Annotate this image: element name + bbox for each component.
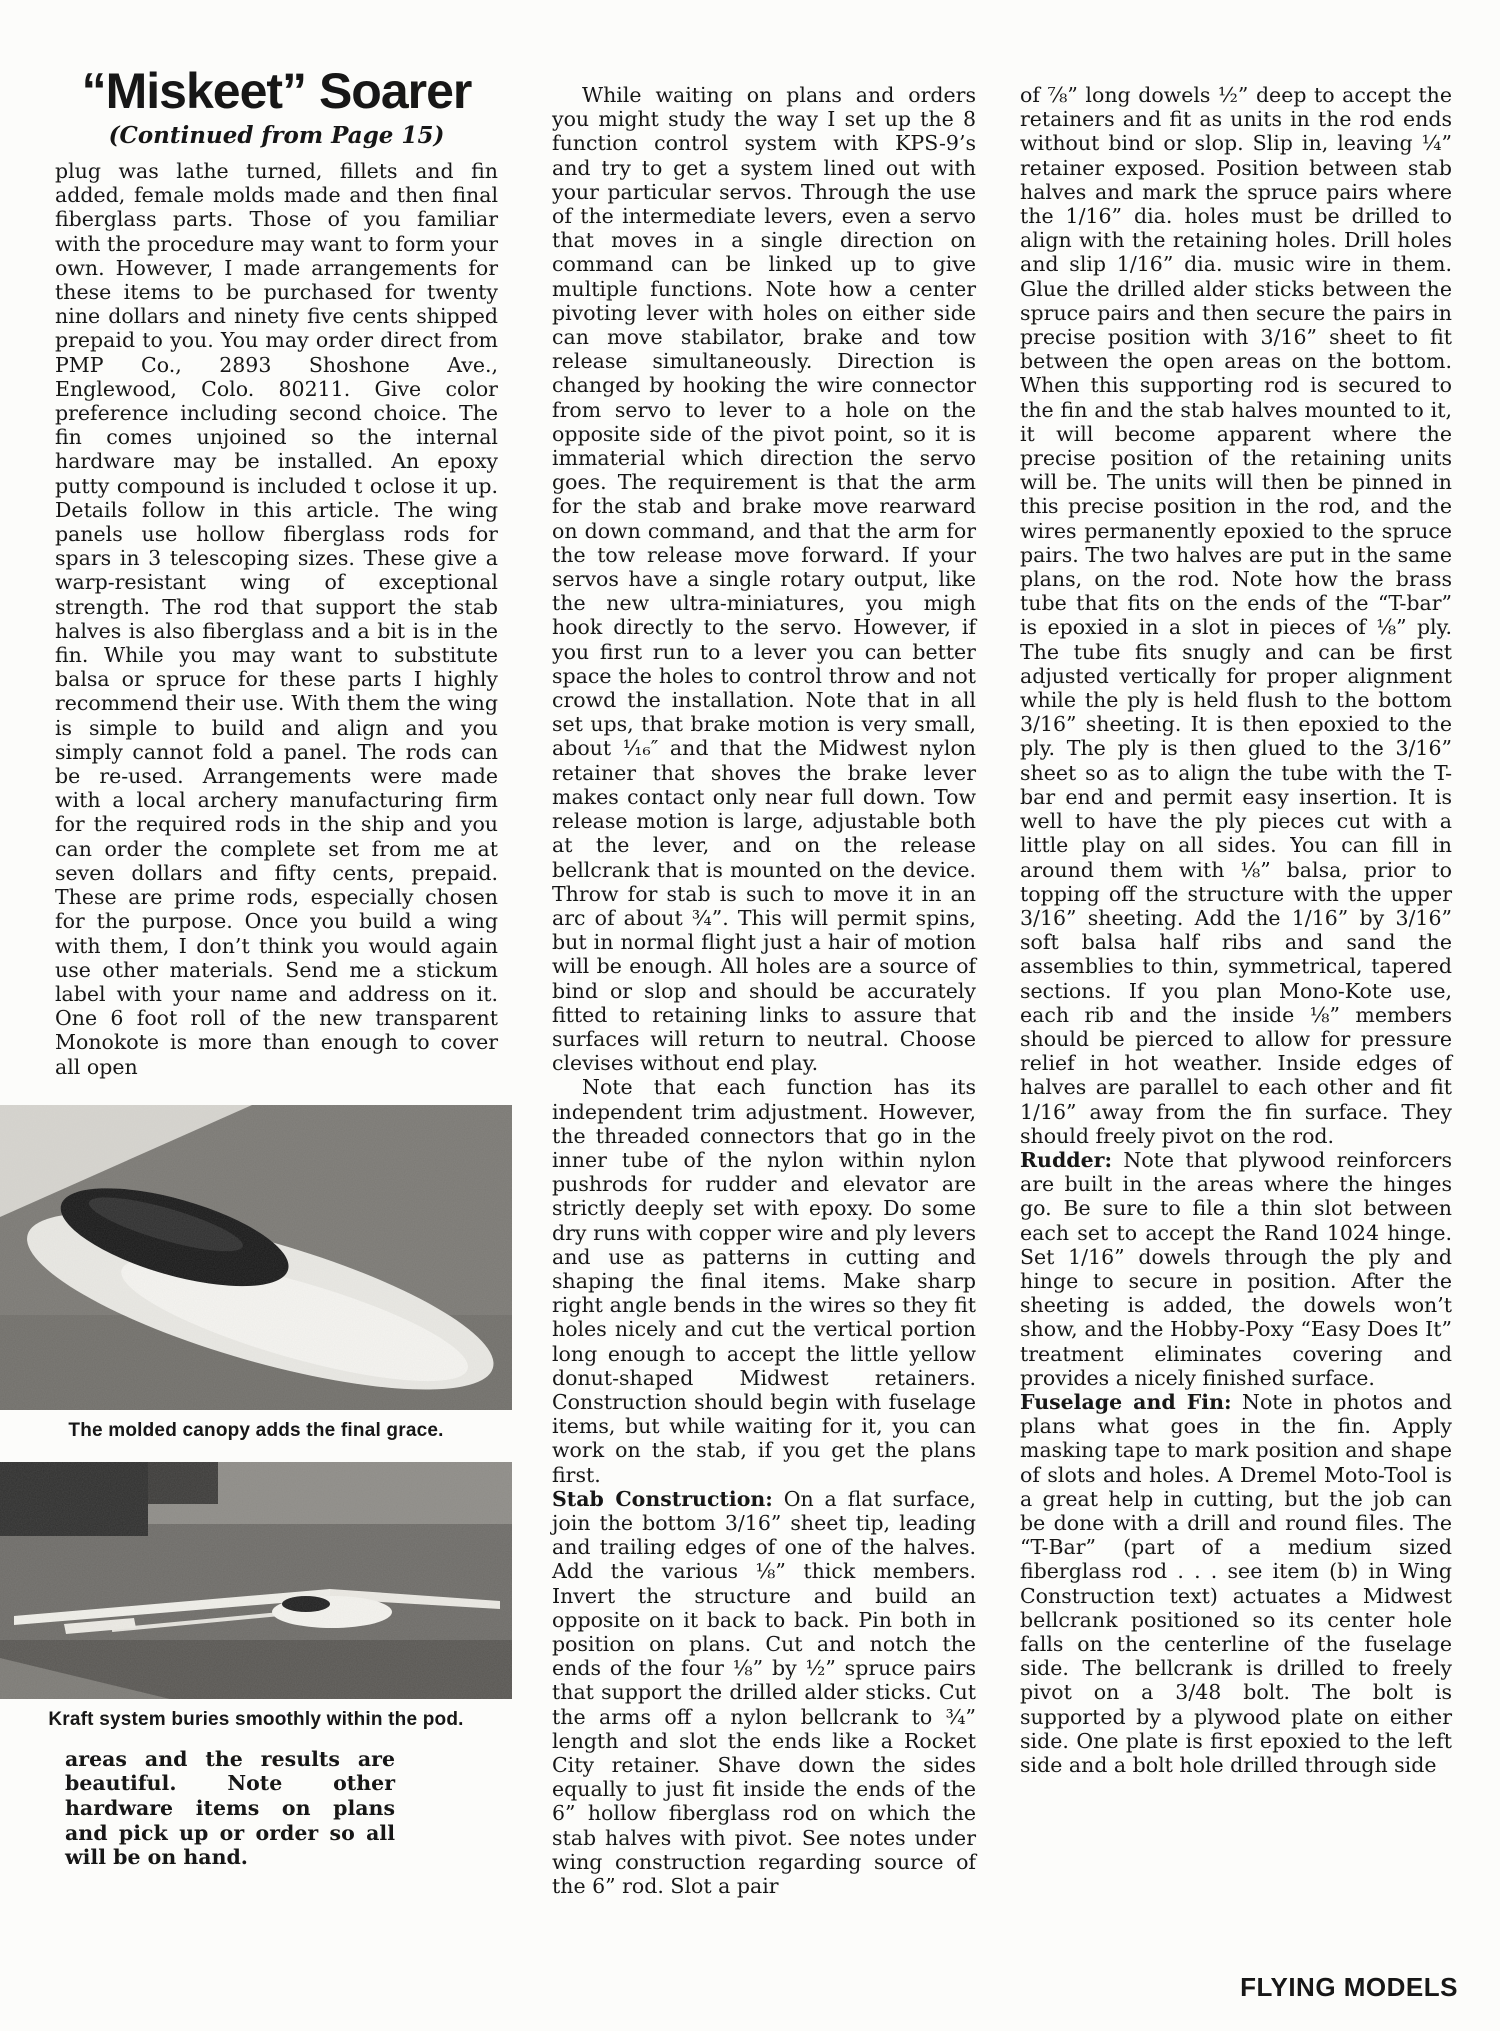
fuselage-fin-paragraph: Fuselage and Fin: Note in photos and pla…: [1020, 1390, 1452, 1777]
magazine-name-footer: FLYING MODELS: [1240, 1972, 1458, 2003]
stab-construction-paragraph: Stab Construction: On a flat surface, jo…: [552, 1487, 976, 1898]
photo-glider-on-ground: [0, 1462, 512, 1699]
middle-paragraph-1: While waiting on plans and orders you mi…: [552, 83, 976, 1075]
left-closing-paragraph: areas and the results are beautiful. Not…: [65, 1747, 395, 1870]
right-column: of ⅞” long dowels ½” deep to accept the …: [1020, 83, 1452, 1777]
photo1-grain: [0, 1105, 512, 1410]
stab-construction-heading: Stab Construction:: [552, 1487, 773, 1511]
middle-column: While waiting on plans and orders you mi…: [552, 83, 976, 1898]
fuselage-fin-text: Note in photos and plans what goes in th…: [1020, 1390, 1452, 1777]
photo2-grain: [0, 1462, 512, 1699]
photo-molded-canopy: [0, 1105, 512, 1410]
photo-molded-canopy-caption: The molded canopy adds the final grace.: [0, 1420, 512, 1442]
article-title: “Miskeet” Soarer: [55, 62, 498, 120]
left-body: plug was lathe turned, fillets and fin a…: [55, 159, 498, 1079]
left-column: “Miskeet” Soarer (Continued from Page 15…: [55, 62, 498, 1870]
molded-canopy-image: [0, 1105, 512, 1410]
photo-glider-caption: Kraft system buries smoothly within the …: [0, 1709, 512, 1731]
continued-from-note: (Continued from Page 15): [55, 122, 498, 149]
rudder-text: Note that plywood reinforcers are built …: [1020, 1148, 1452, 1390]
fuselage-fin-heading: Fuselage and Fin:: [1020, 1390, 1232, 1414]
rudder-heading: Rudder:: [1020, 1148, 1112, 1172]
rudder-paragraph: Rudder: Note that plywood reinforcers ar…: [1020, 1148, 1452, 1390]
right-paragraph-1: of ⅞” long dowels ½” deep to accept the …: [1020, 83, 1452, 1148]
middle-paragraph-2: Note that each function has its independ…: [552, 1075, 976, 1486]
glider-on-ground-image: [0, 1462, 512, 1699]
left-body-paragraph: plug was lathe turned, fillets and fin a…: [55, 159, 498, 1079]
stab-construction-text: On a flat surface, join the bottom 3/16”…: [552, 1487, 976, 1898]
